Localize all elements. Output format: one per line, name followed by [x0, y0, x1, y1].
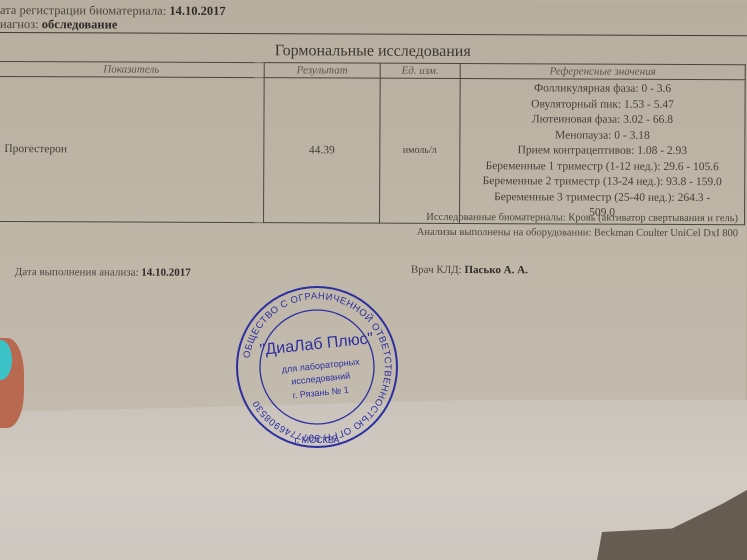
column-header-references: Референсные значения: [460, 64, 745, 80]
header-divider: [0, 32, 747, 36]
lab-stamp: ОБЩЕСТВО С ОГРАНИЧЕННОЙ ОТВЕТСТВЕННОСТЬЮ…: [233, 283, 401, 451]
results-table: Показатель Результат Ед. изм. Референсны…: [0, 61, 746, 225]
stamp-city: г. МОСКВА: [294, 435, 339, 445]
reference-line: Беременные 3 триместр (25-40 нед.): 264.…: [464, 190, 740, 207]
column-header-result: Результат: [264, 63, 380, 79]
reference-line: Беременные 1 триместр (1-12 нед.): 29.6 …: [464, 159, 740, 176]
table-row: Прогестерон 44.39 нмоль/л Фолликулярная …: [0, 76, 745, 224]
reference-line: Беременные 2 триместр (13-24 нед.): 93.8…: [464, 174, 740, 191]
completion-line: Дата выполнения анализа: 14.10.2017: [15, 266, 191, 279]
column-header-indicator: Показатель: [0, 61, 264, 77]
completion-date: 14.10.2017: [141, 267, 191, 279]
column-header-unit: Ед. изм.: [380, 63, 460, 78]
doctor-name: Пасько А. А.: [464, 264, 527, 276]
diagnosis-label: иагноз:: [0, 17, 39, 31]
stamp-lab-name: "ДиаЛаб Плюс": [259, 330, 374, 359]
indicator-cell: Прогестерон: [0, 76, 264, 222]
result-cell: 44.39: [264, 78, 380, 223]
reference-line: Фолликулярная фаза: 0 - 3.6: [465, 81, 741, 98]
doctor-line: Врач КЛД: Пасько А. А.: [411, 264, 528, 277]
registration-date: 14.10.2017: [169, 4, 225, 18]
biomaterial-note: Исследованные биоматериалы: Кровь (актив…: [426, 212, 738, 224]
reference-line: Овуляторный пик: 1.53 - 5.47: [464, 97, 740, 114]
unit-cell: нмоль/л: [379, 78, 460, 223]
reference-line: Лютеиновая фаза: 3.02 - 66.8: [464, 112, 740, 129]
registration-label: ата регистрации биоматериала:: [0, 3, 166, 18]
equipment-note: Анализы выполнены на оборудовании: Beckm…: [417, 227, 738, 239]
reference-line: Менопауза: 0 - 3.18: [464, 128, 740, 145]
diagnosis-line: иагноз: обследование: [0, 17, 117, 33]
section-title: Гормональные исследования: [275, 42, 471, 61]
stamp-line-3: г. Рязань № 1: [292, 385, 349, 401]
doctor-label: Врач КЛД:: [411, 264, 462, 276]
stamp-line-2: исследований: [291, 371, 351, 387]
completion-label: Дата выполнения анализа:: [15, 266, 139, 279]
reference-line: Прием контрацептивов: 1.08 - 2.93: [464, 143, 740, 160]
diagnosis-value: обследование: [42, 17, 118, 31]
references-cell: Фолликулярная фаза: 0 - 3.6 Овуляторный …: [460, 79, 746, 225]
